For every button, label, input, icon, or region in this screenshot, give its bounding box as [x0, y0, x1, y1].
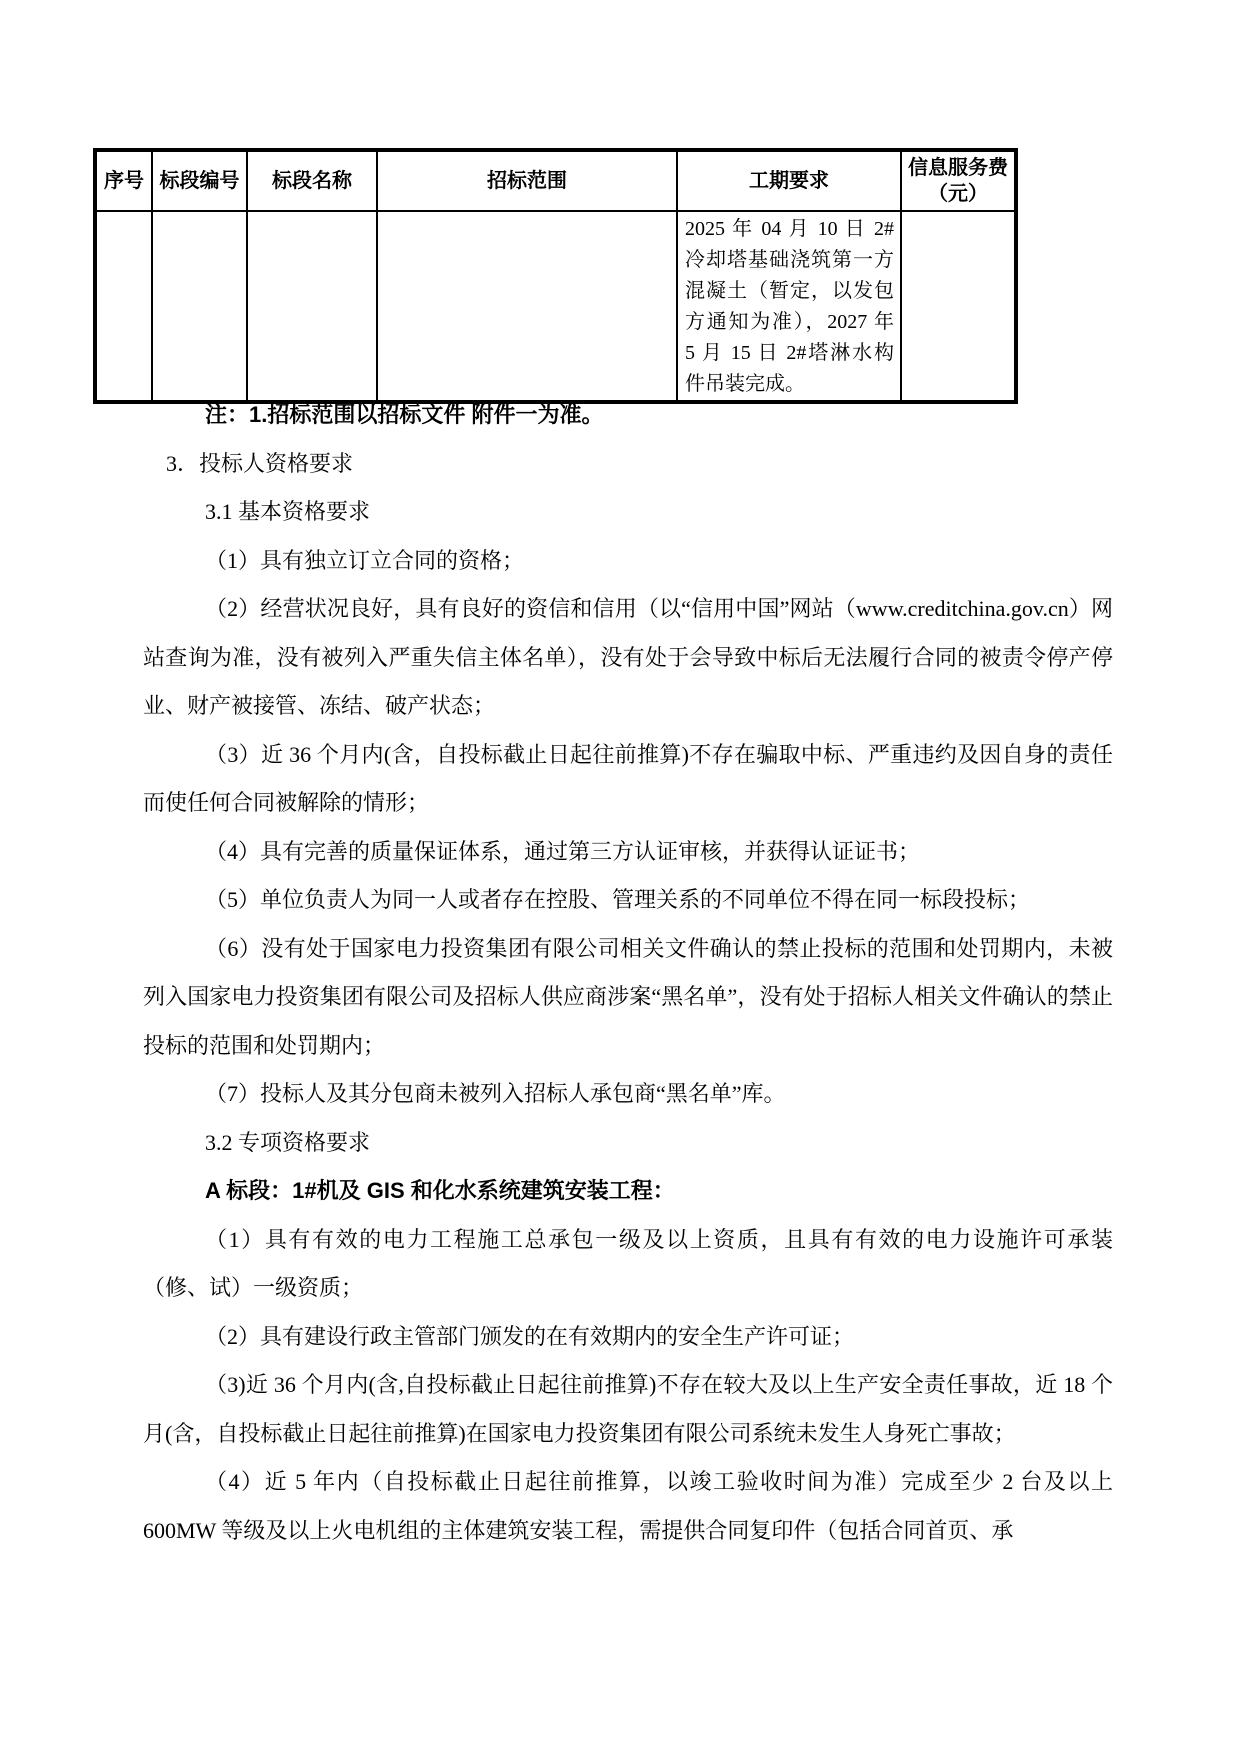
section3-2-heading: 3.2 专项资格要求: [143, 1119, 1113, 1168]
note-line: 注：1.招标范围以招标文件 附件一为准。: [143, 391, 1113, 440]
section-a-item-1: （1）具有有效的电力工程施工总承包一级及以上资质，且具有有效的电力设施许可承装（…: [143, 1216, 1113, 1313]
column-header-serial: 序号: [95, 150, 152, 211]
basic-requirement-item-5: （5）单位负责人为同一人或者存在控股、管理关系的不同单位不得在同一标段投标；: [143, 876, 1113, 925]
cell-section-name: [247, 211, 377, 402]
basic-requirement-item-3: （3）近 36 个月内(含，自投标截止日起往前推算)不存在骗取中标、严重违约及因…: [143, 731, 1113, 828]
basic-requirement-item-4: （4）具有完善的质量保证体系，通过第三方认证审核，并获得认证证书；: [143, 828, 1113, 877]
document-page: 序号 标段编号 标段名称 招标范围 工期要求 信息服务费（元） 2025 年 0…: [0, 0, 1240, 1753]
basic-requirement-item-6: （6）没有处于国家电力投资集团有限公司相关文件确认的禁止投标的范围和处罚期内，未…: [143, 925, 1113, 1071]
table-row: 2025 年 04 月 10 日 2#冷却塔基础浇筑第一方混凝土（暂定，以发包方…: [95, 211, 1016, 402]
document-body: 注：1.招标范围以招标文件 附件一为准。 3．投标人资格要求 3.1 基本资格要…: [143, 391, 1113, 1555]
cell-schedule: 2025 年 04 月 10 日 2#冷却塔基础浇筑第一方混凝土（暂定，以发包方…: [677, 211, 901, 402]
section-a-heading: A 标段：1#机及 GIS 和化水系统建筑安装工程：: [143, 1167, 1113, 1216]
section-a-item-3: （3)近 36 个月内(含,自投标截止日起往前推算)不存在较大及以上生产安全责任…: [143, 1361, 1113, 1458]
column-header-service-fee: 信息服务费（元）: [901, 150, 1016, 211]
basic-requirement-item-7: （7）投标人及其分包商未被列入招标人承包商“黑名单”库。: [143, 1070, 1113, 1119]
basic-requirement-item-2: （2）经营状况良好，具有良好的资信和信用（以“信用中国”网站（www.credi…: [143, 585, 1113, 731]
section-a-item-4: （4）近 5 年内（自投标截止日起往前推算，以竣工验收时间为准）完成至少 2 台…: [143, 1458, 1113, 1555]
basic-requirement-item-1: （1）具有独立订立合同的资格；: [143, 537, 1113, 586]
column-header-bid-scope: 招标范围: [377, 150, 677, 211]
cell-bid-scope: [377, 211, 677, 402]
section3-1-heading: 3.1 基本资格要求: [143, 488, 1113, 537]
column-header-section-code: 标段编号: [152, 150, 247, 211]
cell-serial: [95, 211, 152, 402]
cell-service-fee: [901, 211, 1016, 402]
column-header-section-name: 标段名称: [247, 150, 377, 211]
section-a-item-2: （2）具有建设行政主管部门颁发的在有效期内的安全生产许可证；: [143, 1313, 1113, 1362]
column-header-schedule: 工期要求: [677, 150, 901, 211]
bid-sections-table: 序号 标段编号 标段名称 招标范围 工期要求 信息服务费（元） 2025 年 0…: [93, 148, 1018, 404]
section3-heading: 3．投标人资格要求: [143, 440, 1113, 489]
table-header-row: 序号 标段编号 标段名称 招标范围 工期要求 信息服务费（元）: [95, 150, 1016, 211]
cell-section-code: [152, 211, 247, 402]
